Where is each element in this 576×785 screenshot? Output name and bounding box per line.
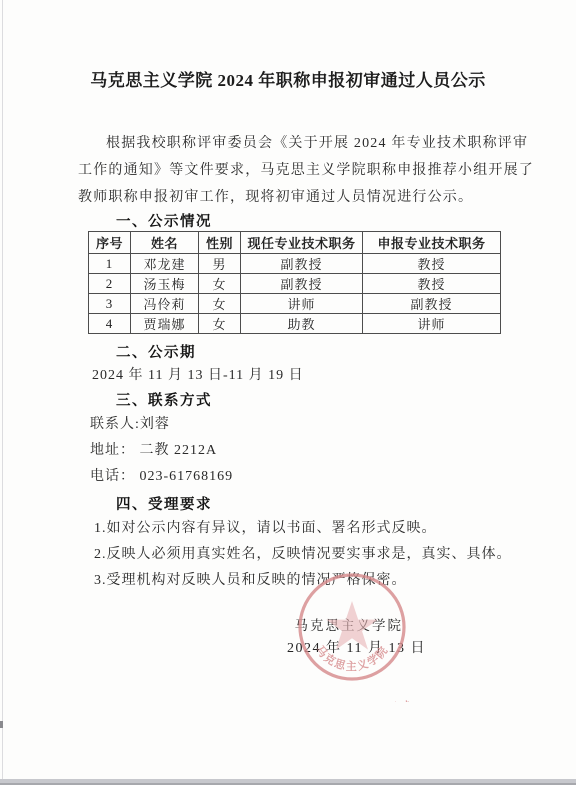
cell-no: 3: [89, 294, 131, 314]
paragraph-line: 工作的通知》等文件要求，马克思主义学院职称申报推荐小组开展了: [78, 157, 497, 184]
publicity-period: 2024 年 11 月 13 日-11 月 19 日: [78, 364, 497, 388]
column-header-applied-title: 申报专业技术职务: [363, 232, 501, 254]
contact-person: 联系人:刘蓉: [78, 412, 497, 438]
cell-applied-title: 副教授: [363, 294, 501, 314]
cell-name: 汤玉梅: [131, 274, 199, 294]
section-heading-period: 二、公示期: [78, 342, 497, 364]
column-header-current-title: 现任专业技术职务: [241, 232, 363, 254]
section-heading-publicity: 一、公示情况: [78, 211, 497, 233]
cell-gender: 女: [199, 294, 241, 314]
cell-current-title: 副教授: [241, 254, 363, 274]
cell-current-title: 助教: [241, 314, 363, 334]
cell-name: 邓龙建: [131, 254, 199, 274]
paragraph-line: 教师职称申报初审工作，现将初审通过人员情况进行公示。: [78, 184, 497, 211]
cell-name: 贾瑞娜: [131, 314, 199, 334]
table-row: 2 汤玉梅 女 副教授 教授: [89, 274, 501, 294]
cell-applied-title: 讲师: [363, 314, 501, 334]
cell-no: 4: [89, 314, 131, 334]
column-header-gender: 性别: [199, 232, 241, 254]
table-row: 1 邓龙建 男 副教授 教授: [89, 254, 501, 274]
requirement-item: 1.如对公示内容有异议，请以书面、署名形式反映。: [78, 516, 497, 542]
scan-bottom-edge: [0, 779, 576, 785]
document-body: 根据我校职称评审委员会《关于开展 2024 年专业技术职称评审 工作的通知》等文…: [0, 130, 576, 662]
table-header-row: 序号 姓名 性别 现任专业技术职务 申报专业技术职务: [89, 232, 501, 254]
cell-current-title: 副教授: [241, 274, 363, 294]
cell-gender: 男: [199, 254, 241, 274]
cell-no: 1: [89, 254, 131, 274]
section-heading-contact: 三、联系方式: [78, 390, 497, 412]
table-row: 3 冯伶莉 女 讲师 副教授: [89, 294, 501, 314]
section-heading-requirements: 四、受理要求: [78, 494, 497, 516]
contact-address: 地址： 二教 2212A: [78, 438, 497, 464]
page-title: 马克思主义学院 2024 年职称申报初审通过人员公示: [10, 70, 566, 92]
cell-applied-title: 教授: [363, 254, 501, 274]
requirement-item: 3.受理机构对反映人员和反映的情况严格保密。: [78, 568, 497, 594]
scan-artifact-speck: [0, 721, 3, 728]
table-row: 4 贾瑞娜 女 助教 讲师: [89, 314, 501, 334]
requirement-item: 2.反映人必须用真实姓名，反映情况要实事求是，真实、具体。: [78, 542, 497, 568]
cell-no: 2: [89, 274, 131, 294]
column-header-name: 姓名: [131, 232, 199, 254]
column-header-no: 序号: [89, 232, 131, 254]
cell-applied-title: 教授: [363, 274, 501, 294]
cell-gender: 女: [199, 314, 241, 334]
intro-paragraph: 根据我校职称评审委员会《关于开展 2024 年专业技术职称评审 工作的通知》等文…: [78, 130, 497, 211]
cell-name: 冯伶莉: [131, 294, 199, 314]
cell-current-title: 讲师: [241, 294, 363, 314]
applicants-table: 序号 姓名 性别 现任专业技术职务 申报专业技术职务 1 邓龙建 男 副教授 教…: [88, 231, 501, 334]
scan-left-edge: [2, 0, 3, 785]
contact-phone: 电话： 023-61768169: [78, 464, 497, 490]
cell-gender: 女: [199, 274, 241, 294]
paragraph-line: 根据我校职称评审委员会《关于开展 2024 年专业技术职称评审: [78, 130, 497, 157]
signature-date: 2024 年 11 月 13 日: [78, 636, 426, 662]
signature-organization: 马克思主义学院: [78, 616, 403, 636]
stamp-ring-text: 重庆商务职业学院: [289, 699, 415, 702]
